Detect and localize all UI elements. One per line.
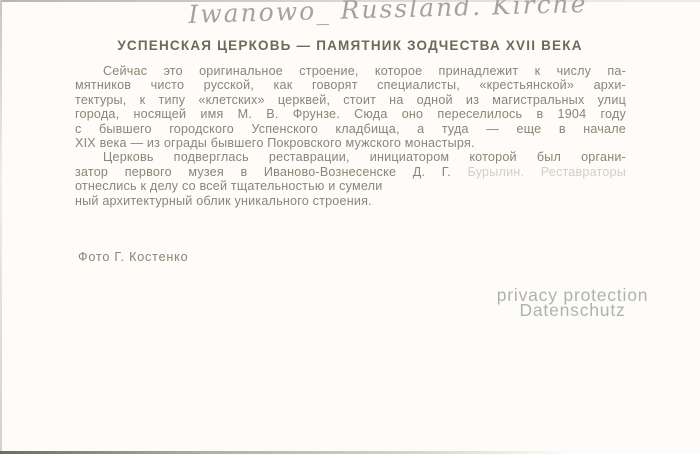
photo-credit: Фото Г. Костенко [78, 250, 188, 264]
body-line: тектуры, к типу «клетских» церквей, стои… [75, 93, 626, 107]
body-line-text: с бывшего городского Успенского кладбища… [75, 122, 626, 136]
body-line: мятников чисто русской, как говорят спец… [75, 78, 626, 92]
privacy-watermark: privacy protection Datenschutz [455, 288, 690, 318]
body-line-text: Церковь подверглась реставрации, инициат… [103, 150, 626, 164]
body-line-text: XIX века — из ограды бывшего Покровского… [75, 136, 475, 150]
handwritten-caption: Iwanowo_ Russland. Kirche [188, 0, 659, 29]
body-line-text: отнеслись к делу со всей тщательностью и… [75, 179, 382, 193]
body-line: Церковь подверглась реставрации, инициат… [75, 150, 626, 164]
body-line-text: ный архитектурный облик уникального стро… [75, 194, 372, 208]
body-line-text: мятников чисто русской, как говорят спец… [75, 78, 626, 92]
page-title: УСПЕНСКАЯ ЦЕРКОВЬ — ПАМЯТНИК ЗОДЧЕСТВА X… [0, 38, 700, 53]
body-line: с бывшего городского Успенского кладбища… [75, 122, 626, 136]
body-line-text: тектуры, к типу «клетских» церквей, стои… [75, 93, 626, 107]
card-left-edge [0, 0, 2, 454]
body-line-text: затор первого музея в Иваново-Вознесенск… [75, 165, 468, 179]
body-line: отнеслись к делу со всей тщательностью и… [75, 179, 626, 193]
body-line: ный архитектурный облик уникального стро… [75, 194, 626, 208]
body-line-text: города, носящей имя М. В. Фрунзе. Сюда о… [75, 107, 626, 121]
body-line-text: Сейчас это оригинальное строение, которо… [103, 64, 626, 78]
body-line: XIX века — из ограды бывшего Покровского… [75, 136, 626, 150]
body-line: затор первого музея в Иваново-Вознесенск… [75, 165, 626, 179]
privacy-watermark-line2: Datenschutz [455, 303, 690, 318]
body-line: Сейчас это оригинальное строение, которо… [75, 64, 626, 78]
body-line: города, носящей имя М. В. Фрунзе. Сюда о… [75, 107, 626, 121]
description-text: Сейчас это оригинальное строение, которо… [75, 64, 626, 208]
body-line-faded-text: Бурылин. Реставраторы [468, 165, 626, 179]
postcard-back: Iwanowo_ Russland. Kirche УСПЕНСКАЯ ЦЕРК… [0, 0, 700, 454]
